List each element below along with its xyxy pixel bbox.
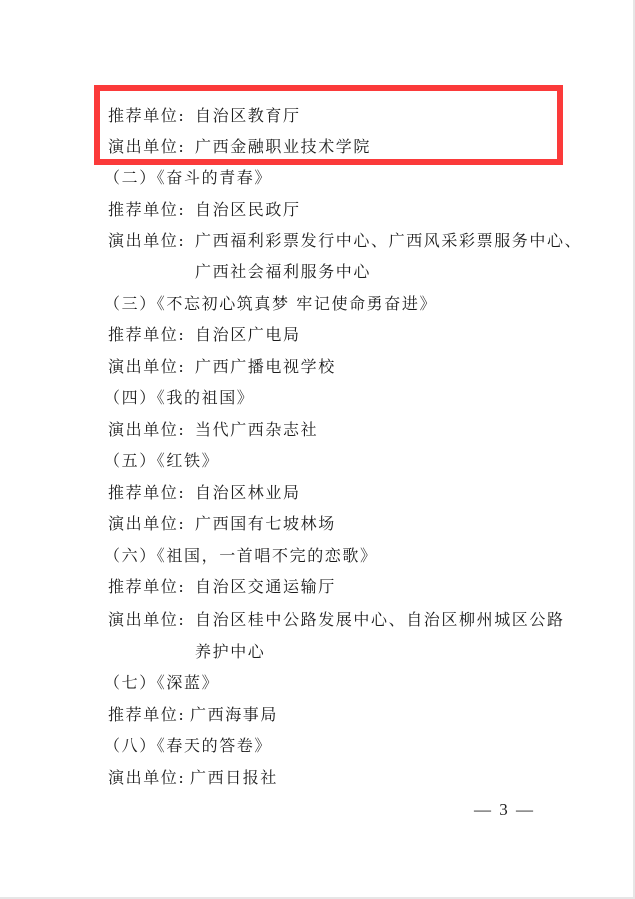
perform-value: 广西日报社 xyxy=(190,762,278,793)
perform-value-continued: 养护中心 xyxy=(195,636,265,667)
page-number: — 3 — xyxy=(474,797,535,823)
program-title: （四）《我的祖国》 xyxy=(104,382,254,413)
recommend-value: 自治区交通运输厅 xyxy=(195,571,336,602)
recommend-value: 自治区广电局 xyxy=(195,319,301,350)
perform-value: 当代广西杂志社 xyxy=(195,414,318,445)
perform-label: 演出单位: xyxy=(108,225,185,256)
program-title: （三）《不忘初心筑真梦 牢记使命勇奋进》 xyxy=(104,288,437,319)
recommend-label: 推荐单位: xyxy=(108,571,185,602)
program-title: （八）《春天的答卷》 xyxy=(104,730,272,761)
recommend-label: 推荐单位: xyxy=(108,100,185,131)
perform-value-continued: 广西社会福利服务中心 xyxy=(195,256,371,287)
program-title: （七）《深蓝》 xyxy=(104,667,219,698)
perform-value: 广西国有七坡林场 xyxy=(195,508,336,539)
perform-label: 演出单位: xyxy=(108,508,185,539)
recommend-value: 自治区林业局 xyxy=(195,477,301,508)
recommend-label: 推荐单位: xyxy=(108,194,185,225)
perform-label: 演出单位: xyxy=(108,351,185,382)
recommend-label: 推荐单位: xyxy=(108,477,185,508)
program-title: （六）《祖国，一首唱不完的恋歌》 xyxy=(104,540,378,571)
program-title: （五）《红铁》 xyxy=(104,445,219,476)
recommend-label: 推荐单位: xyxy=(108,699,185,730)
perform-label: 演出单位: xyxy=(108,131,185,162)
perform-label: 演出单位: xyxy=(108,604,185,635)
perform-label: 演出单位: xyxy=(108,414,185,445)
perform-value: 广西广播电视学校 xyxy=(195,351,336,382)
recommend-label: 推荐单位: xyxy=(108,319,185,350)
perform-value: 广西金融职业技术学院 xyxy=(195,131,371,162)
recommend-value: 自治区民政厅 xyxy=(195,194,301,225)
perform-value: 自治区桂中公路发展中心、自治区柳州城区公路 xyxy=(195,604,565,635)
recommend-value: 广西海事局 xyxy=(190,699,278,730)
program-title: （二）《奋斗的青春》 xyxy=(104,162,272,193)
document-page: 推荐单位: 自治区教育厅 演出单位: 广西金融职业技术学院 （二）《奋斗的青春》… xyxy=(0,0,635,899)
perform-label: 演出单位: xyxy=(108,762,185,793)
perform-value: 广西福利彩票发行中心、广西风采彩票服务中心、 xyxy=(195,225,582,256)
recommend-value: 自治区教育厅 xyxy=(195,100,301,131)
